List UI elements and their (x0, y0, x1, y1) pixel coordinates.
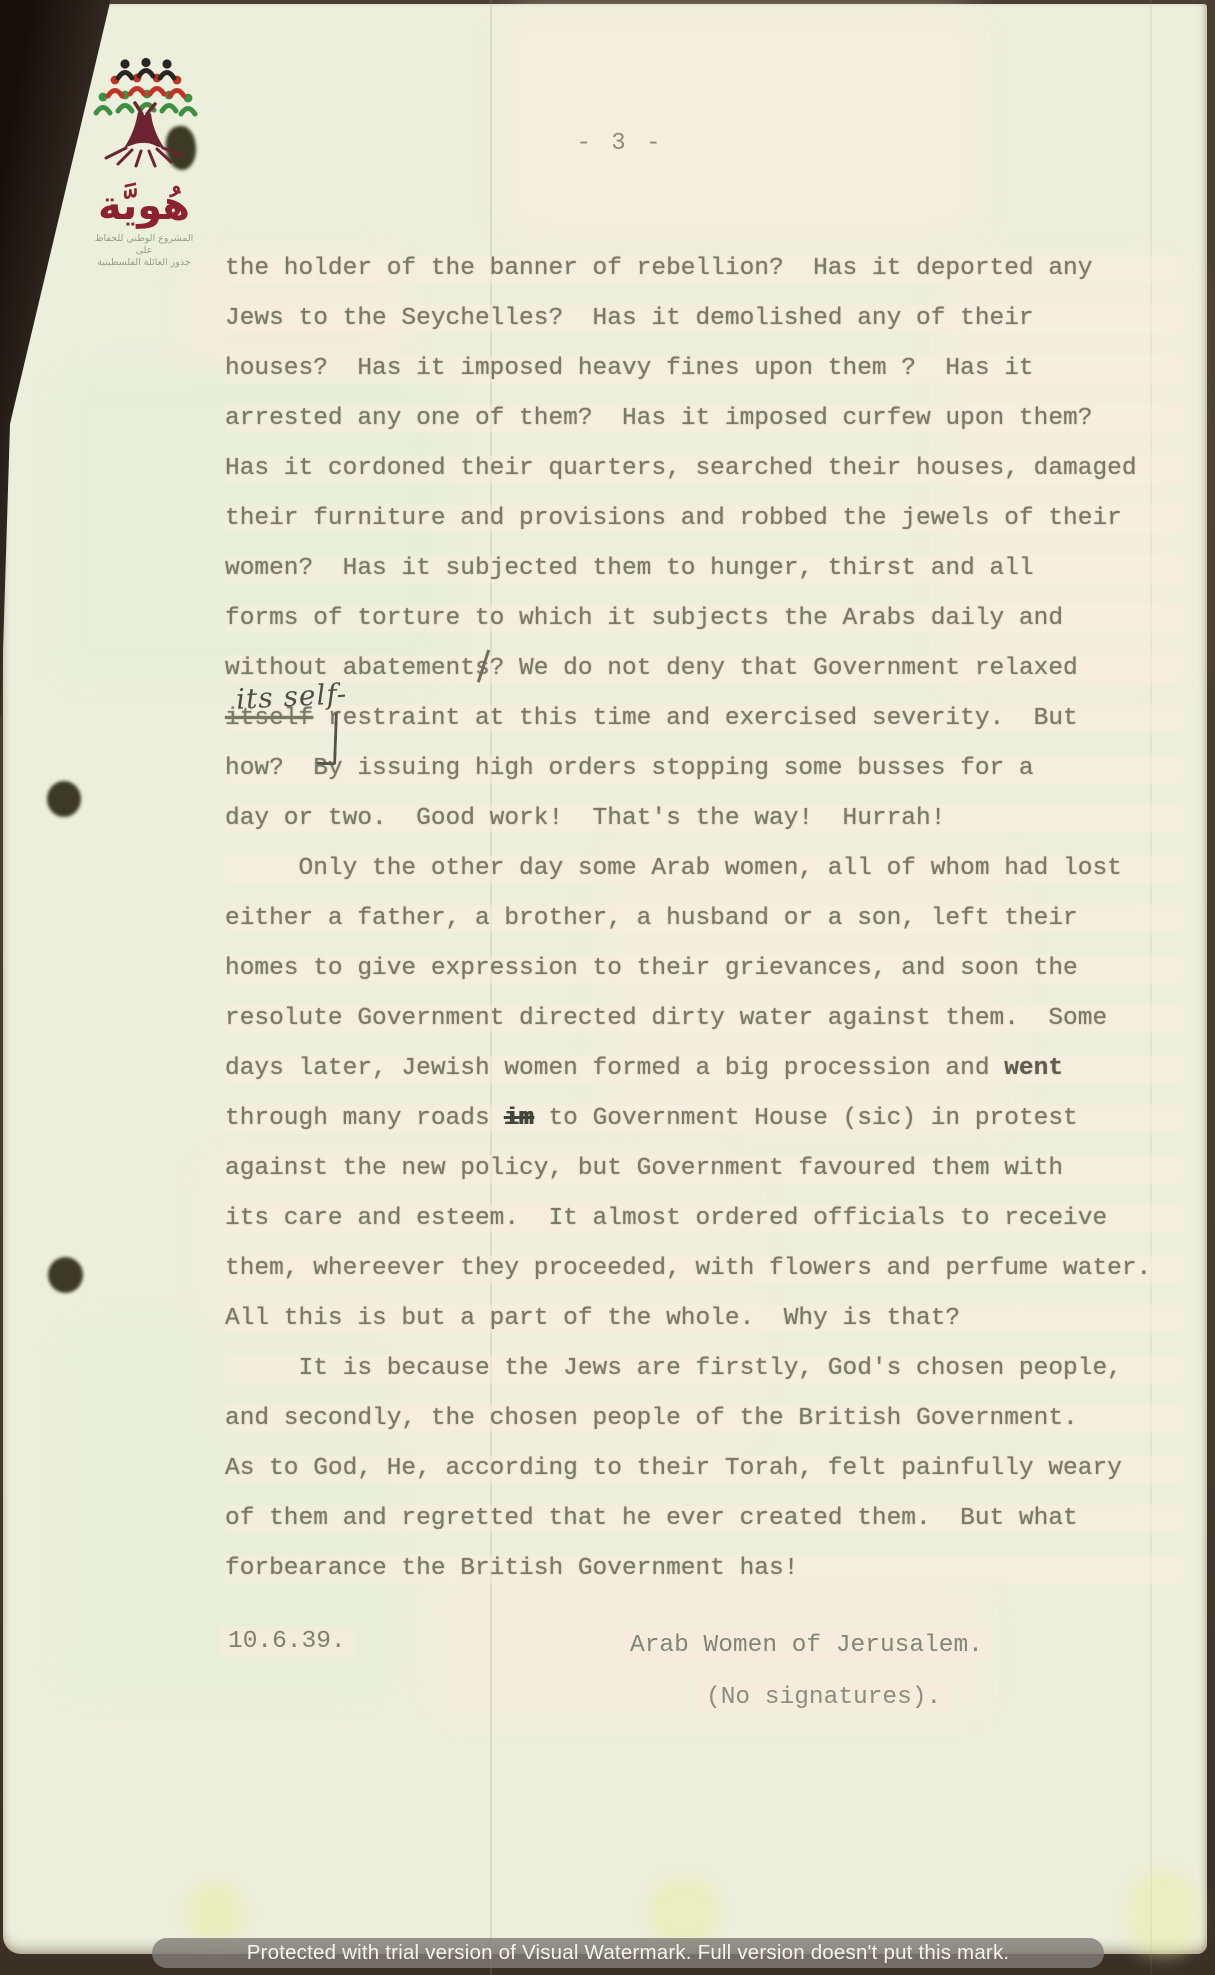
typed-line: arrested any one of them? Has it imposed… (225, 394, 1183, 444)
letter-date: 10.6.39. (220, 1628, 354, 1655)
scanned-document-page: هُويَّة المشروع الوطني للحفاظ على جذور ا… (0, 0, 1215, 1975)
family-tree-logo-icon (86, 58, 202, 180)
scan-patch (500, 10, 980, 240)
typed-line: As to God, He, according to their Torah,… (225, 1444, 1183, 1494)
typed-line: forbearance the British Government has! (225, 1544, 1183, 1594)
logo-subtitle-line1: المشروع الوطني للحفاظ على (86, 233, 202, 257)
typed-line: It is because the Jews are firstly, God'… (225, 1344, 1183, 1394)
typed-line: against the new policy, but Government f… (225, 1144, 1183, 1194)
scan-patch (1128, 1872, 1198, 1956)
typed-line: the holder of the banner of rebellion? H… (225, 244, 1183, 294)
typed-line: day or two. Good work! That's the way! H… (225, 794, 1183, 844)
signature-line: Arab Women of Jerusalem. (622, 1632, 991, 1659)
watermark-text: Protected with trial version of Visual W… (247, 1941, 1010, 1965)
typed-line: and secondly, the chosen people of the B… (225, 1394, 1183, 1444)
archive-logo: هُويَّة المشروع الوطني للحفاظ على جذور ا… (86, 58, 202, 269)
typed-line: days later, Jewish women formed a big pr… (225, 1044, 1183, 1094)
page-number: - 3 - (560, 130, 680, 157)
logo-wordmark: هُويَّة (86, 183, 202, 229)
typed-line: Has it cordoned their quarters, searched… (225, 444, 1183, 494)
handwritten-annotation: its self- (235, 677, 348, 716)
typed-line: them, whereever they proceeded, with flo… (225, 1244, 1183, 1294)
insertion-bracket-mark (317, 712, 338, 766)
typed-line: either a father, a brother, a husband or… (225, 894, 1183, 944)
typed-line: Only the other day some Arab women, all … (225, 844, 1183, 894)
typed-line: their furniture and provisions and robbe… (225, 494, 1183, 544)
typed-line: itself restraint at this time and exerci… (225, 694, 1183, 744)
typed-line: how? By issuing high orders stopping som… (225, 744, 1183, 794)
logo-subtitle-line2: جذور العائلة الفلسطينية (86, 257, 202, 269)
typed-line: women? Has it subjected them to hunger, … (225, 544, 1183, 594)
punch-hole (47, 781, 81, 817)
signature-note: (No signatures). (698, 1684, 949, 1711)
typed-line: homes to give expression to their grieva… (225, 944, 1183, 994)
watermark-bar: Protected with trial version of Visual W… (152, 1938, 1104, 1968)
punch-hole (48, 1257, 83, 1293)
scan-patch (185, 1882, 245, 1944)
typed-line: through many roads im to Government Hous… (225, 1094, 1183, 1144)
typed-line: houses? Has it imposed heavy fines upon … (225, 344, 1183, 394)
typed-text-block: the holder of the banner of rebellion? H… (225, 244, 1183, 1594)
typed-line: without abatements? We do not deny that … (225, 644, 1183, 694)
typed-line: of them and regretted that he ever creat… (225, 1494, 1183, 1544)
typed-line: resolute Government directed dirty water… (225, 994, 1183, 1044)
scan-patch (648, 1878, 720, 1946)
typed-line: Jews to the Seychelles? Has it demolishe… (225, 294, 1183, 344)
typed-line: All this is but a part of the whole. Why… (225, 1294, 1183, 1344)
typed-line: forms of torture to which it subjects th… (225, 594, 1183, 644)
typed-line: its care and esteem. It almost ordered o… (225, 1194, 1183, 1244)
